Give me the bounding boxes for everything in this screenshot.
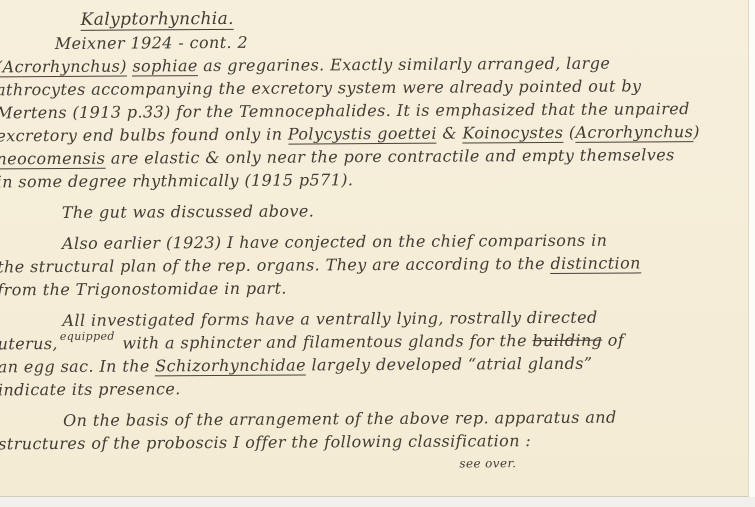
manuscript-line: neocomensis are elastic & only near the … [0, 143, 749, 171]
manuscript-line: from the Trigonostomidae in part. [0, 274, 749, 302]
underlined-taxon: Koinocystes [462, 123, 563, 144]
manuscript-lines: (Acrorhynchus) sophiae as gregarines. Ex… [9, 51, 749, 456]
text-segment: ( [563, 123, 575, 142]
manuscript-line: structures of the proboscis I offer the … [0, 428, 749, 456]
card-title-text: Kalyptorhynchia. [81, 9, 234, 31]
scanned-index-card: Kalyptorhynchia. Meixner 1924 - cont. 2 … [0, 0, 755, 507]
inserted-word: equipped [60, 332, 115, 342]
text-segment: Mertens (1913 p.33) for the Temnocephali… [0, 99, 690, 122]
underlined-taxon: Acrorhynchus [575, 122, 693, 143]
text-segment: of [602, 331, 624, 350]
text-segment: uterus, [0, 334, 58, 353]
text-segment: with a sphincter and filamentous glands … [117, 331, 533, 353]
text-segment: in some degree rhythmically (1915 p571). [0, 170, 353, 191]
index-card-paper: Kalyptorhynchia. Meixner 1924 - cont. 2 … [0, 0, 749, 497]
manuscript-line: the structural plan of the rep. organs. … [0, 251, 749, 279]
underlined-taxon: distinction [550, 253, 640, 274]
underlined-taxon: neocomensis [0, 149, 105, 170]
manuscript-line: in some degree rhythmically (1915 p571). [0, 166, 749, 194]
text-segment: excretory end bulbs found only in [0, 125, 288, 146]
text-segment: structures of the proboscis I offer the … [0, 431, 531, 453]
text-segment: largely developed “atrial glands” [306, 354, 593, 375]
text-segment: All investigated forms have a ventrally … [62, 308, 597, 330]
text-segment: from the Trigonostomidae in part. [0, 279, 287, 300]
text-segment: The gut was discussed above. [62, 201, 315, 222]
handwritten-manuscript: Kalyptorhynchia. Meixner 1924 - cont. 2 … [9, 4, 749, 476]
text-segment: ) [693, 122, 700, 141]
continuation-note: see over. [11, 453, 749, 476]
manuscript-line: The gut was discussed above. [10, 197, 749, 225]
text-segment: an egg sac. In the [0, 356, 155, 376]
scan-edge-right [749, 0, 755, 507]
underlined-taxon: Polycystis goettei [288, 124, 437, 145]
text-segment: & [437, 124, 463, 143]
text-segment: the structural plan of the rep. organs. … [0, 254, 551, 276]
manuscript-line: indicate its presence. [0, 374, 749, 402]
text-segment: are elastic & only near the pore contrac… [105, 145, 674, 167]
text-segment: building [532, 331, 602, 350]
underlined-taxon: sophiae [132, 56, 197, 76]
text-segment: indicate its presence. [0, 379, 181, 399]
text-segment: Also earlier (1923) I have conjected on … [62, 231, 607, 253]
scan-edge-bottom [0, 497, 755, 507]
text-segment: On the basis of the arrangement of the a… [63, 408, 617, 430]
underlined-taxon: (Acrorhynchus) [0, 57, 127, 78]
underlined-taxon: Schizorhynchidae [155, 355, 306, 376]
text-segment: as gregarines. Exactly similarly arrange… [198, 54, 611, 76]
text-segment: athrocytes accompanying the excretory sy… [0, 76, 641, 99]
